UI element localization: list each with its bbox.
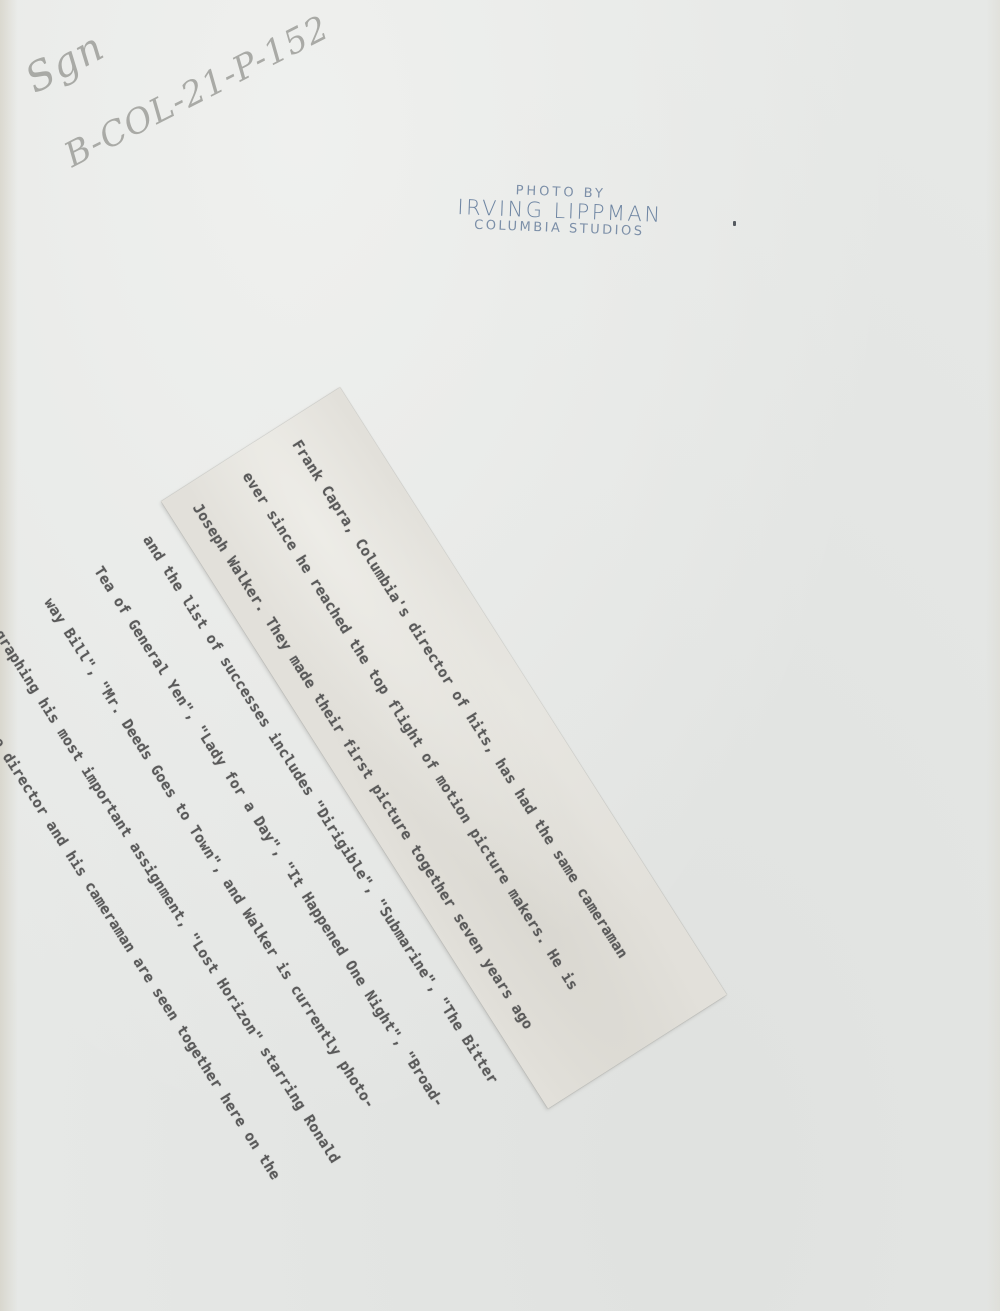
pencil-annotation-signature: Sgn	[18, 24, 112, 103]
ink-speck	[733, 221, 736, 226]
pencil-annotation-catalog-number: B-COL-21-P-152	[58, 8, 336, 176]
caption-snipe: Frank Capra, Columbia's director of hits…	[161, 387, 727, 1108]
photo-back-page: { "handwriting": { "line_1": "Sgn", "lin…	[0, 0, 1000, 1311]
photographer-stamp: PHOTO BY IRVING LIPPMAN COLUMBIA STUDIOS	[429, 181, 691, 240]
caption-text: Frank Capra, Columbia's director of hits…	[0, 416, 706, 1302]
